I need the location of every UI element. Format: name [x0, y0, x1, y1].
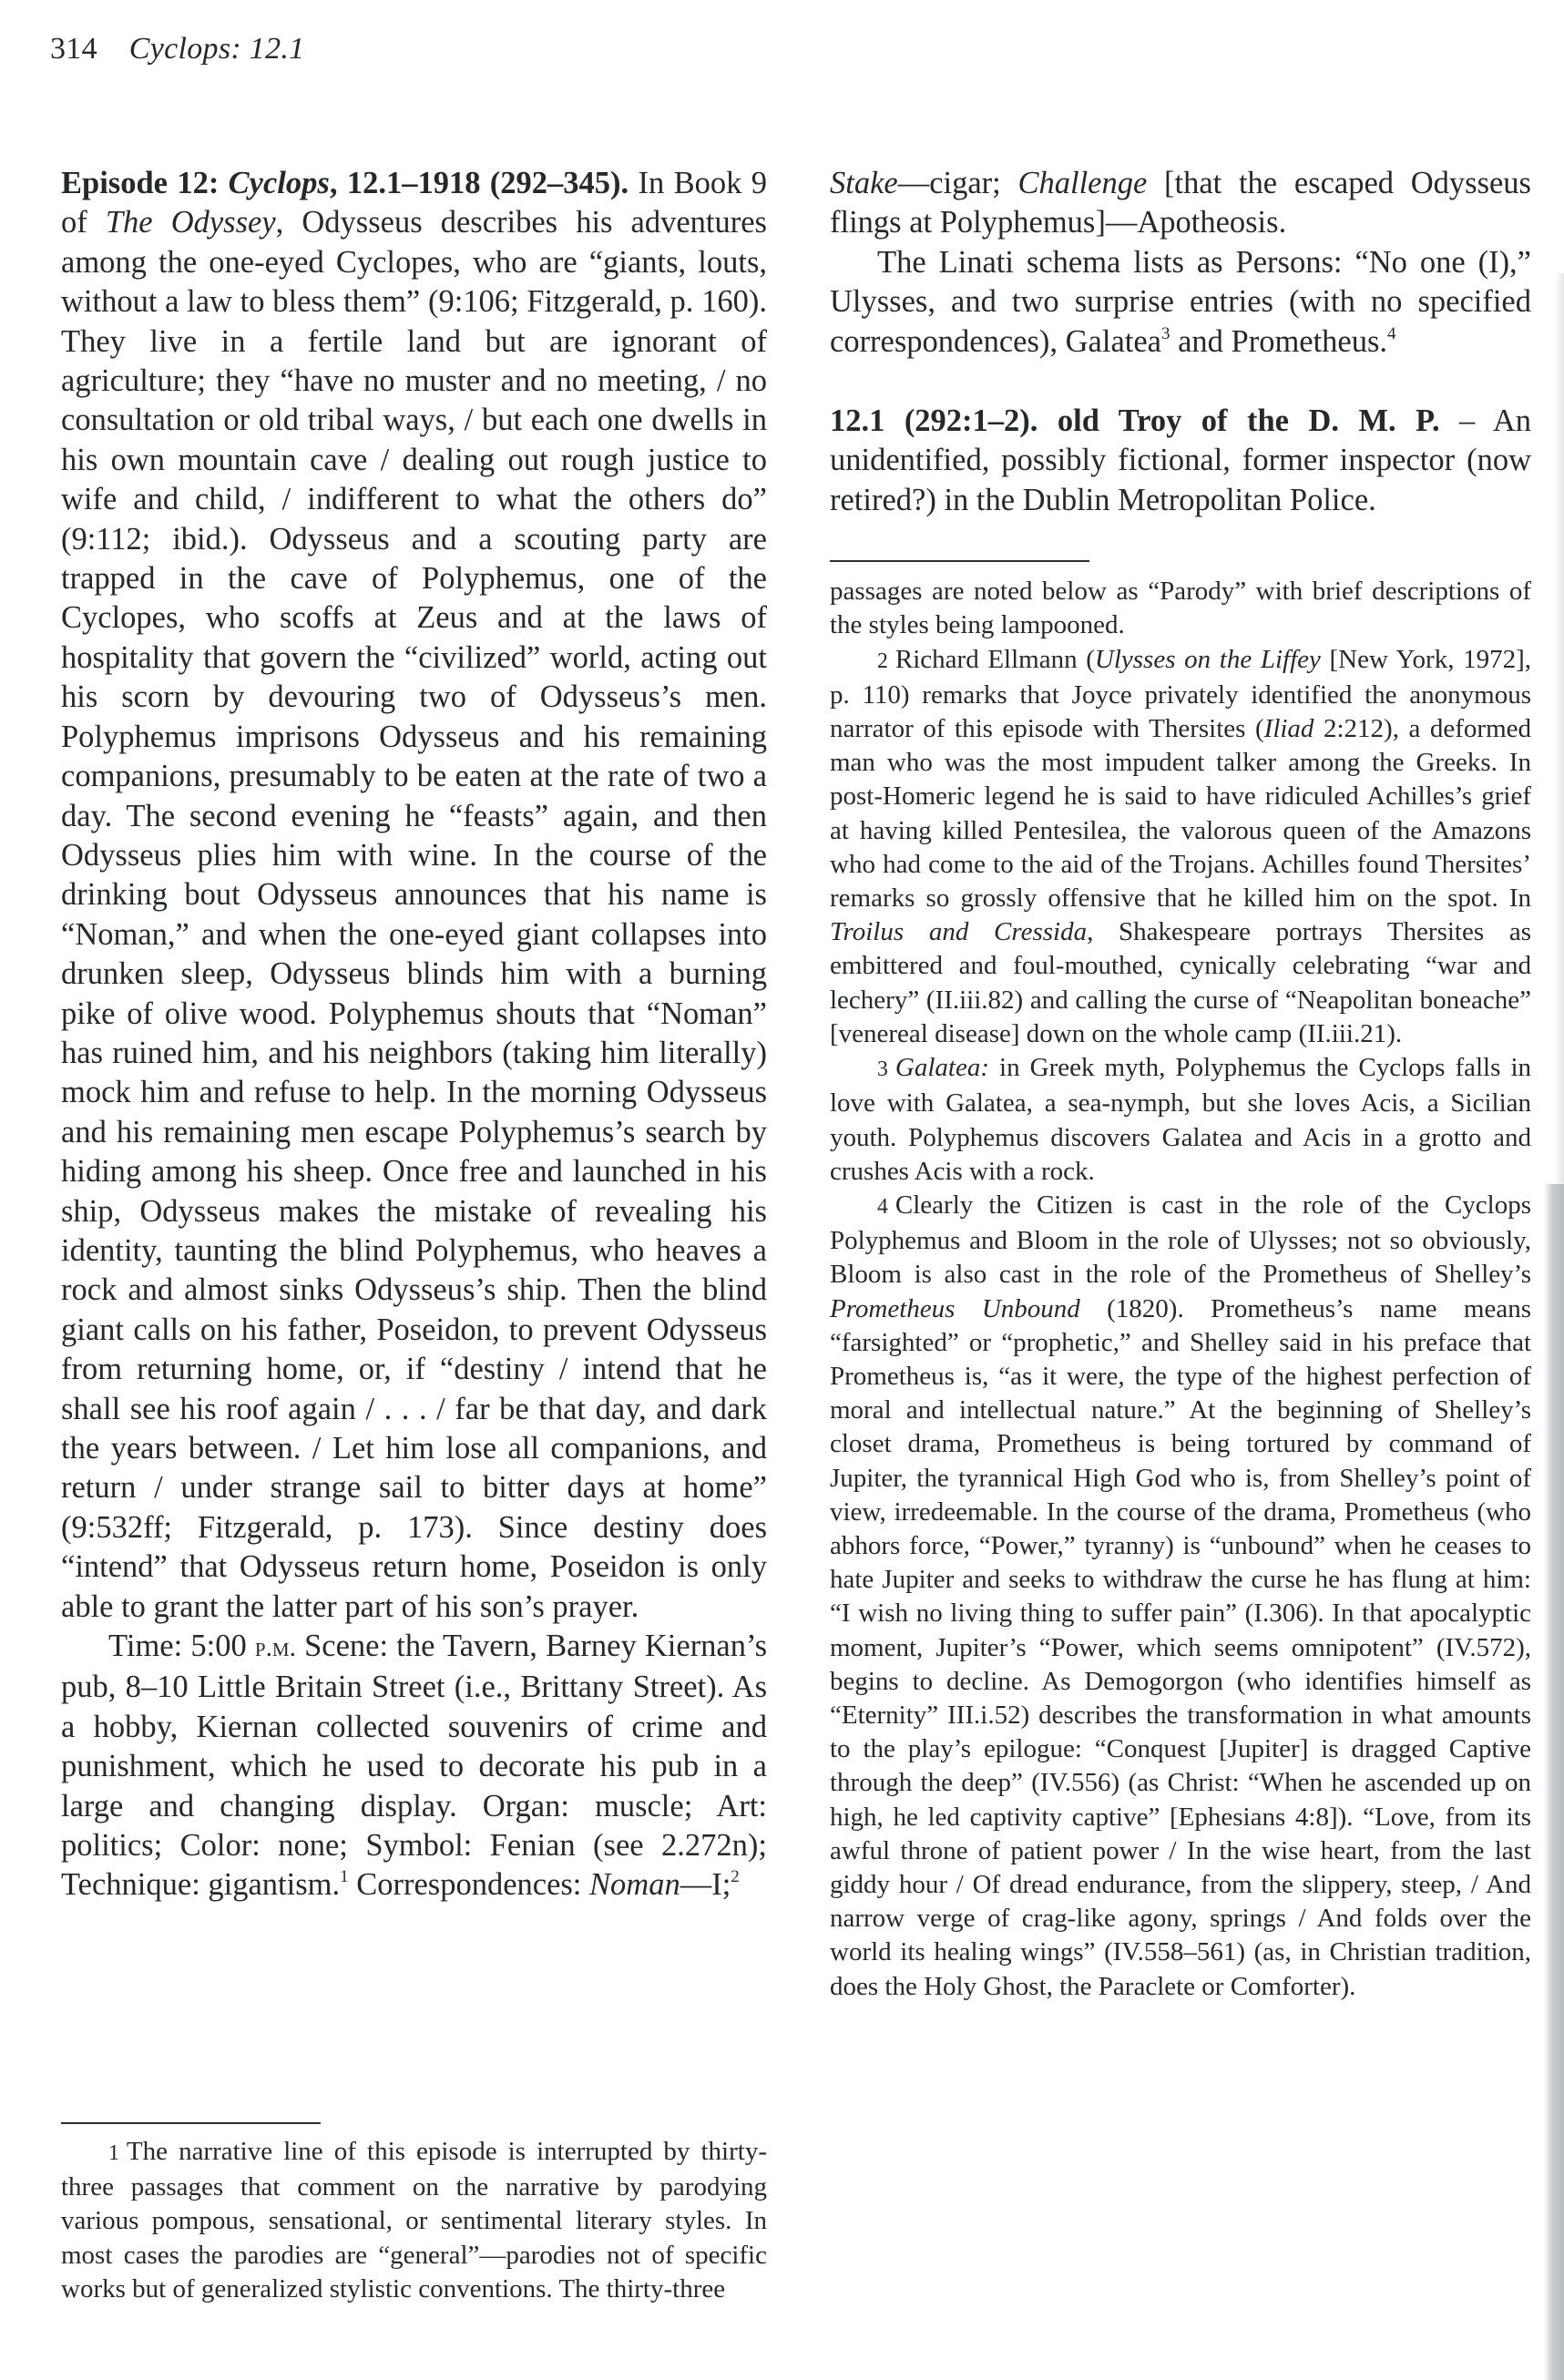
footnote-ref-4[interactable]: 4	[1387, 323, 1395, 342]
right-column: Stake—cigar; Challenge [that the escaped…	[830, 164, 1531, 2004]
footnote-1-continuation: passages are noted below as “Parody” wit…	[830, 575, 1531, 642]
footnote-ref-2[interactable]: 2	[731, 1867, 739, 1886]
page-edge-shadow	[1555, 273, 1564, 1184]
footnote-rule	[830, 560, 1089, 562]
footnote-ref-1[interactable]: 1	[340, 1867, 348, 1886]
running-head: 314 Cyclops: 12.1	[50, 32, 304, 66]
entry-12-1: 12.1 (292:1–2). old Troy of the D. M. P.…	[830, 402, 1531, 520]
episode-intro-paragraph: Episode 12: Cyclops, 12.1–1918 (292–345)…	[61, 164, 767, 1627]
scene-paragraph: Time: 5:00 p.m. Scene: the Tavern, Barne…	[61, 1627, 767, 1905]
page-edge-shadow	[1544, 1184, 1564, 2380]
page-number: 314	[50, 32, 97, 66]
running-head-title: Cyclops: 12.1	[129, 32, 305, 66]
footnote-3: 3Galatea: in Greek myth, Polyphemus the …	[830, 1051, 1531, 1189]
left-footnotes: 1The narrative line of this episode is i…	[61, 2122, 767, 2306]
odyssey-title: The Odyssey	[106, 205, 276, 240]
right-footnotes: passages are noted below as “Parody” wit…	[830, 575, 1531, 2004]
correspondences-continuation: Stake—cigar; Challenge [that the escaped…	[830, 164, 1531, 243]
footnote-1: 1The narrative line of this episode is i…	[61, 2135, 767, 2306]
footnote-number: 1	[108, 2141, 119, 2165]
entry-lemma: 12.1 (292:1–2). old Troy of the D. M. P.	[830, 403, 1440, 438]
left-column: Episode 12: Cyclops, 12.1–1918 (292–345)…	[61, 164, 767, 1905]
footnote-rule	[61, 2122, 321, 2124]
footnote-4: 4Clearly the Citizen is cast in the role…	[830, 1189, 1531, 2004]
episode-heading: Episode 12: Cyclops, 12.1–1918 (292–345)…	[61, 166, 629, 200]
linati-paragraph: The Linati schema lists as Persons: “No …	[830, 243, 1531, 362]
footnote-2: 2Richard Ellmann (Ulysses on the Liffey …	[830, 643, 1531, 1051]
